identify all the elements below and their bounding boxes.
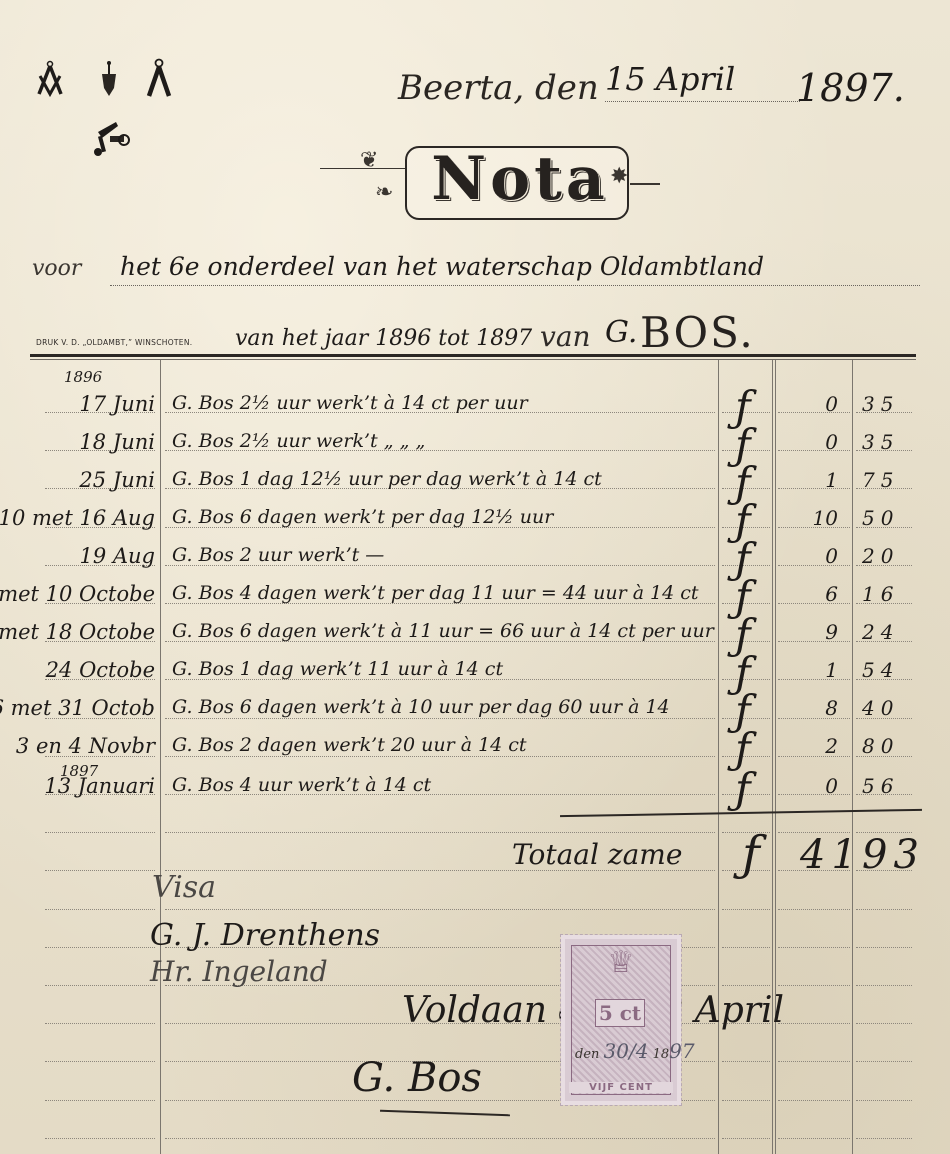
entry-description: G. Bos 1 dag 12½ uur per dag werk’t à 14… <box>172 468 602 490</box>
ruled-line <box>45 1023 155 1024</box>
entry-description: G. Bos 1 dag werk’t 11 uur à 14 ct <box>172 658 503 680</box>
entry-date: 26 met 31 Octob <box>0 696 155 720</box>
entry-date: 13 Januari <box>44 774 155 798</box>
stamp-cancel-date: 30/4 <box>604 1039 649 1063</box>
stamp-cancel-year: 97 <box>669 1039 694 1063</box>
entry-date: 24 Octobe <box>46 658 155 682</box>
header-rule <box>30 354 916 357</box>
printer-imprint: DRUK V. D. „OLDAMBT,” WINSCHOTEN. <box>36 338 192 347</box>
ruled-line <box>165 909 715 910</box>
period-handwritten: van het jaar 1896 tot 1897 <box>235 326 532 351</box>
entry-date: 17 Juni <box>79 392 155 416</box>
ruled-line <box>722 1138 770 1139</box>
handwritten-date: 15 April <box>605 60 735 98</box>
entry-cents: 35 <box>862 392 899 416</box>
entry-guilders: 8 <box>778 696 838 720</box>
ruled-line <box>778 1100 850 1101</box>
entry-guilders: 0 <box>778 544 838 568</box>
entry-date: 7 met 10 Octobe <box>0 582 155 606</box>
tax-stamp: ♕ 5 ct den 30/4 1897 VIJF CENT <box>561 935 681 1105</box>
ruled-line <box>722 1100 770 1101</box>
entry-guilders: 1 <box>778 468 838 492</box>
trowel-icon <box>100 60 118 102</box>
recipient-label: voor <box>32 256 81 281</box>
ruled-line <box>722 909 770 910</box>
ruled-line <box>778 1061 850 1062</box>
entry-guilders: 1 <box>778 658 838 682</box>
ruled-line <box>856 909 912 910</box>
square-and-compass-icon <box>36 60 64 102</box>
table-row: 13 Januari G. Bos 4 uur werk’t à 14 ct ƒ… <box>0 774 950 814</box>
table-row: 26 met 31 Octob G. Bos 6 dagen werk’t à … <box>0 696 950 736</box>
ruled-line <box>778 1023 850 1024</box>
ruled-line <box>722 985 770 986</box>
ruled-line <box>45 1061 155 1062</box>
entry-description: G. Bos 4 uur werk’t à 14 ct <box>172 774 431 796</box>
supplier-label: van <box>540 320 591 353</box>
ruled-line <box>45 1138 155 1139</box>
recipient-handwritten: het 6e onderdeel van het waterschap Olda… <box>120 252 764 281</box>
ruled-line <box>778 947 850 948</box>
year-note-1896: 1896 <box>64 368 102 386</box>
scroll-ornament-icon: ❧ <box>375 180 393 205</box>
ruled-line <box>45 870 155 871</box>
ruled-line <box>856 947 912 948</box>
entry-description: G. Bos 2½ uur werk’t à 14 ct per uur <box>172 392 528 414</box>
ruled-line <box>778 1138 850 1139</box>
ruled-line <box>45 1100 155 1101</box>
visa-label: Visa <box>152 870 216 905</box>
ruled-line <box>778 985 850 986</box>
scroll-ornament-icon: ❦ <box>360 148 378 173</box>
entry-date: 12 met 18 Octobe <box>0 620 155 644</box>
entry-cents: 56 <box>862 774 899 798</box>
ruled-line <box>778 909 850 910</box>
table-row: 24 Octobe G. Bos 1 dag werk’t 11 uur à 1… <box>0 658 950 698</box>
entry-cents: 80 <box>862 734 899 758</box>
page-title: Nota <box>415 144 625 214</box>
header-rule-thin <box>30 359 916 360</box>
entry-cents: 16 <box>862 582 899 606</box>
entry-description: G. Bos 2½ uur werk’t „ „ „ <box>172 430 425 452</box>
stamp-year-prefix: 18 <box>653 1047 670 1062</box>
entry-description: G. Bos 6 dagen werk’t per dag 12½ uur <box>172 506 553 528</box>
ruled-line <box>165 1138 715 1139</box>
entry-date: 3 en 4 Novbr <box>16 734 155 758</box>
ruled-line <box>45 985 155 986</box>
stamp-cancellation: den 30/4 1897 <box>575 1039 695 1063</box>
table-row: 17 Juni G. Bos 2½ uur werk’t à 14 ct per… <box>0 392 950 432</box>
supplier-signature: G. Bos <box>352 1055 482 1101</box>
ruled-line <box>856 1138 912 1139</box>
entry-cents: 20 <box>862 544 899 568</box>
ruled-line <box>856 1061 912 1062</box>
total-label: Totaal zame <box>512 838 682 871</box>
table-row: 3 en 4 Novbr G. Bos 2 dagen werk’t 20 uu… <box>0 734 950 774</box>
ruled-line <box>856 1100 912 1101</box>
ruled-line <box>722 947 770 948</box>
entry-date: 19 Aug <box>79 544 155 568</box>
table-row: 7 met 10 Octobe G. Bos 4 dagen werk’t pe… <box>0 582 950 622</box>
visa-role: Hr. Ingeland <box>150 955 328 988</box>
table-row: 10 met 16 Aug G. Bos 6 dagen werk’t per … <box>0 506 950 546</box>
entry-description: G. Bos 6 dagen werk’t à 11 uur = 66 uur … <box>172 620 714 642</box>
ruled-line <box>165 832 715 833</box>
table-row: 25 Juni G. Bos 1 dag 12½ uur per dag wer… <box>0 468 950 508</box>
nota-title-ornament: ❦ ❧ Nota ✸ <box>320 128 660 238</box>
table-row: 19 Aug G. Bos 2 uur werk’t — ƒ 0 20 <box>0 544 950 584</box>
stamp-label: VIJF CENT <box>569 1082 673 1093</box>
entry-date: 25 Juni <box>79 468 155 492</box>
entry-guilders: 2 <box>778 734 838 758</box>
ruled-line <box>856 1023 912 1024</box>
level-icon <box>146 58 172 102</box>
sunburst-ornament-icon: ✸ <box>610 164 628 189</box>
guilder-sign-icon: ƒ <box>735 764 751 813</box>
gavel-icon <box>90 118 130 162</box>
entry-description: G. Bos 2 dagen werk’t 20 uur à 14 ct <box>172 734 527 756</box>
stamp-value: 5 ct <box>595 999 645 1027</box>
document-year: 1897. <box>796 66 905 110</box>
invoice-paper: Beerta, den 15 April 1897. ❦ ❧ Nota ✸ vo… <box>0 0 950 1154</box>
entry-description: G. Bos 6 dagen werk’t à 10 uur per dag 6… <box>172 696 670 718</box>
entry-date: 18 Juni <box>79 430 155 454</box>
entry-guilders: 0 <box>778 392 838 416</box>
date-field-line <box>605 101 800 102</box>
entry-guilders: 9 <box>778 620 838 644</box>
entry-description: G. Bos 2 uur werk’t — <box>172 544 384 566</box>
entry-cents: 75 <box>862 468 899 492</box>
entry-date: 10 met 16 Aug <box>0 506 155 530</box>
entry-guilders: 10 <box>778 506 838 530</box>
total-cents: 93 <box>862 832 925 878</box>
ruled-line <box>856 985 912 986</box>
signature-flourish <box>380 1110 510 1117</box>
entry-cents: 54 <box>862 658 899 682</box>
ruled-line <box>722 1061 770 1062</box>
total-guilders: 41 <box>800 832 863 878</box>
visa-signature: G. J. Drenthens <box>150 918 380 953</box>
entry-cents: 35 <box>862 430 899 454</box>
entry-cents: 40 <box>862 696 899 720</box>
table-row: 12 met 18 Octobe G. Bos 6 dagen werk’t à… <box>0 620 950 660</box>
flourish-right <box>630 183 660 185</box>
entry-guilders: 0 <box>778 774 838 798</box>
crown-lions-crest-icon: ♕ <box>565 945 677 980</box>
guilder-sign-icon: ƒ <box>742 826 760 882</box>
entry-cents: 24 <box>862 620 899 644</box>
place-date-label: Beerta, den <box>398 68 599 108</box>
entry-guilders: 0 <box>778 430 838 454</box>
supplier-name: BOS. <box>640 308 755 357</box>
table-row: 18 Juni G. Bos 2½ uur werk’t „ „ „ ƒ 0 3… <box>0 430 950 470</box>
entry-guilders: 6 <box>778 582 838 606</box>
ruled-line <box>45 909 155 910</box>
entry-description: G. Bos 4 dagen werk’t per dag 11 uur = 4… <box>172 582 699 604</box>
recipient-field-line <box>110 285 920 286</box>
ruled-line <box>45 947 155 948</box>
entry-cents: 50 <box>862 506 899 530</box>
supplier-initial: G. <box>605 315 637 350</box>
stamp-cancel-prefix: den <box>575 1047 599 1062</box>
ruled-line <box>45 832 155 833</box>
